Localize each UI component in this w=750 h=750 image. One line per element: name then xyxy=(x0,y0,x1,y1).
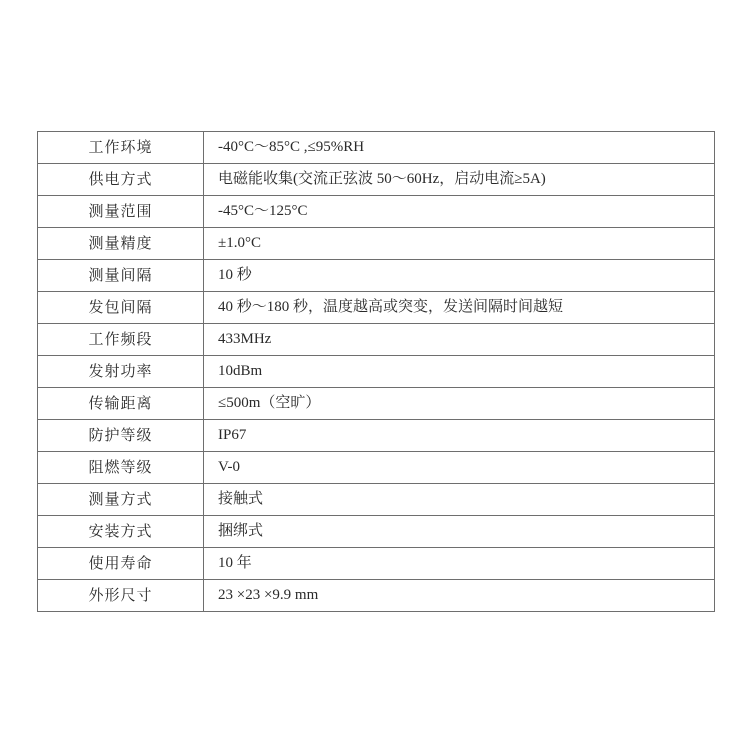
row-label-power-supply: 供电方式 xyxy=(38,164,204,196)
table-row: 测量范围 -45°C～125°C xyxy=(38,196,715,228)
table-row: 使用寿命 10 年 xyxy=(38,548,715,580)
row-value-flame-rating: V-0 xyxy=(204,452,715,484)
table-row: 测量间隔 10 秒 xyxy=(38,260,715,292)
row-label-transmit-power: 发射功率 xyxy=(38,356,204,388)
table-row: 测量方式 接触式 xyxy=(38,484,715,516)
table-row: 发包间隔 40 秒～180 秒，温度越高或突变，发送间隔时间越短 xyxy=(38,292,715,324)
row-label-installation-method: 安装方式 xyxy=(38,516,204,548)
row-label-measurement-interval: 测量间隔 xyxy=(38,260,204,292)
row-value-frequency-band: 433MHz xyxy=(204,324,715,356)
row-value-dimensions: 23 ×23 ×9.9 mm xyxy=(204,580,715,612)
table-row: 传输距离 ≤500m（空旷） xyxy=(38,388,715,420)
row-value-service-life: 10 年 xyxy=(204,548,715,580)
spec-table: 工作环境 -40°C～85°C ,≤95%RH 供电方式 电磁能收集(交流正弦波… xyxy=(37,131,715,612)
table-row: 供电方式 电磁能收集(交流正弦波 50～60Hz，启动电流≥5A) xyxy=(38,164,715,196)
table-row: 测量精度 ±1.0°C xyxy=(38,228,715,260)
row-label-operating-environment: 工作环境 xyxy=(38,132,204,164)
table-row: 工作频段 433MHz xyxy=(38,324,715,356)
row-label-service-life: 使用寿命 xyxy=(38,548,204,580)
row-value-measurement-accuracy: ±1.0°C xyxy=(204,228,715,260)
table-row: 外形尺寸 23 ×23 ×9.9 mm xyxy=(38,580,715,612)
row-value-packet-interval: 40 秒～180 秒，温度越高或突变，发送间隔时间越短 xyxy=(204,292,715,324)
row-label-measurement-accuracy: 测量精度 xyxy=(38,228,204,260)
row-label-flame-rating: 阻燃等级 xyxy=(38,452,204,484)
row-value-power-supply: 电磁能收集(交流正弦波 50～60Hz，启动电流≥5A) xyxy=(204,164,715,196)
row-label-measurement-range: 测量范围 xyxy=(38,196,204,228)
row-value-transmit-power: 10dBm xyxy=(204,356,715,388)
table-row: 发射功率 10dBm xyxy=(38,356,715,388)
row-label-protection-rating: 防护等级 xyxy=(38,420,204,452)
spec-table-body: 工作环境 -40°C～85°C ,≤95%RH 供电方式 电磁能收集(交流正弦波… xyxy=(38,132,715,612)
table-row: 阻燃等级 V-0 xyxy=(38,452,715,484)
table-row: 安装方式 捆绑式 xyxy=(38,516,715,548)
row-value-operating-environment: -40°C～85°C ,≤95%RH xyxy=(204,132,715,164)
row-value-protection-rating: IP67 xyxy=(204,420,715,452)
table-row: 防护等级 IP67 xyxy=(38,420,715,452)
row-value-measurement-range: -45°C～125°C xyxy=(204,196,715,228)
row-value-measurement-method: 接触式 xyxy=(204,484,715,516)
row-value-installation-method: 捆绑式 xyxy=(204,516,715,548)
row-label-packet-interval: 发包间隔 xyxy=(38,292,204,324)
row-value-measurement-interval: 10 秒 xyxy=(204,260,715,292)
row-label-frequency-band: 工作频段 xyxy=(38,324,204,356)
row-label-transmission-distance: 传输距离 xyxy=(38,388,204,420)
row-value-transmission-distance: ≤500m（空旷） xyxy=(204,388,715,420)
row-label-measurement-method: 测量方式 xyxy=(38,484,204,516)
table-row: 工作环境 -40°C～85°C ,≤95%RH xyxy=(38,132,715,164)
row-label-dimensions: 外形尺寸 xyxy=(38,580,204,612)
